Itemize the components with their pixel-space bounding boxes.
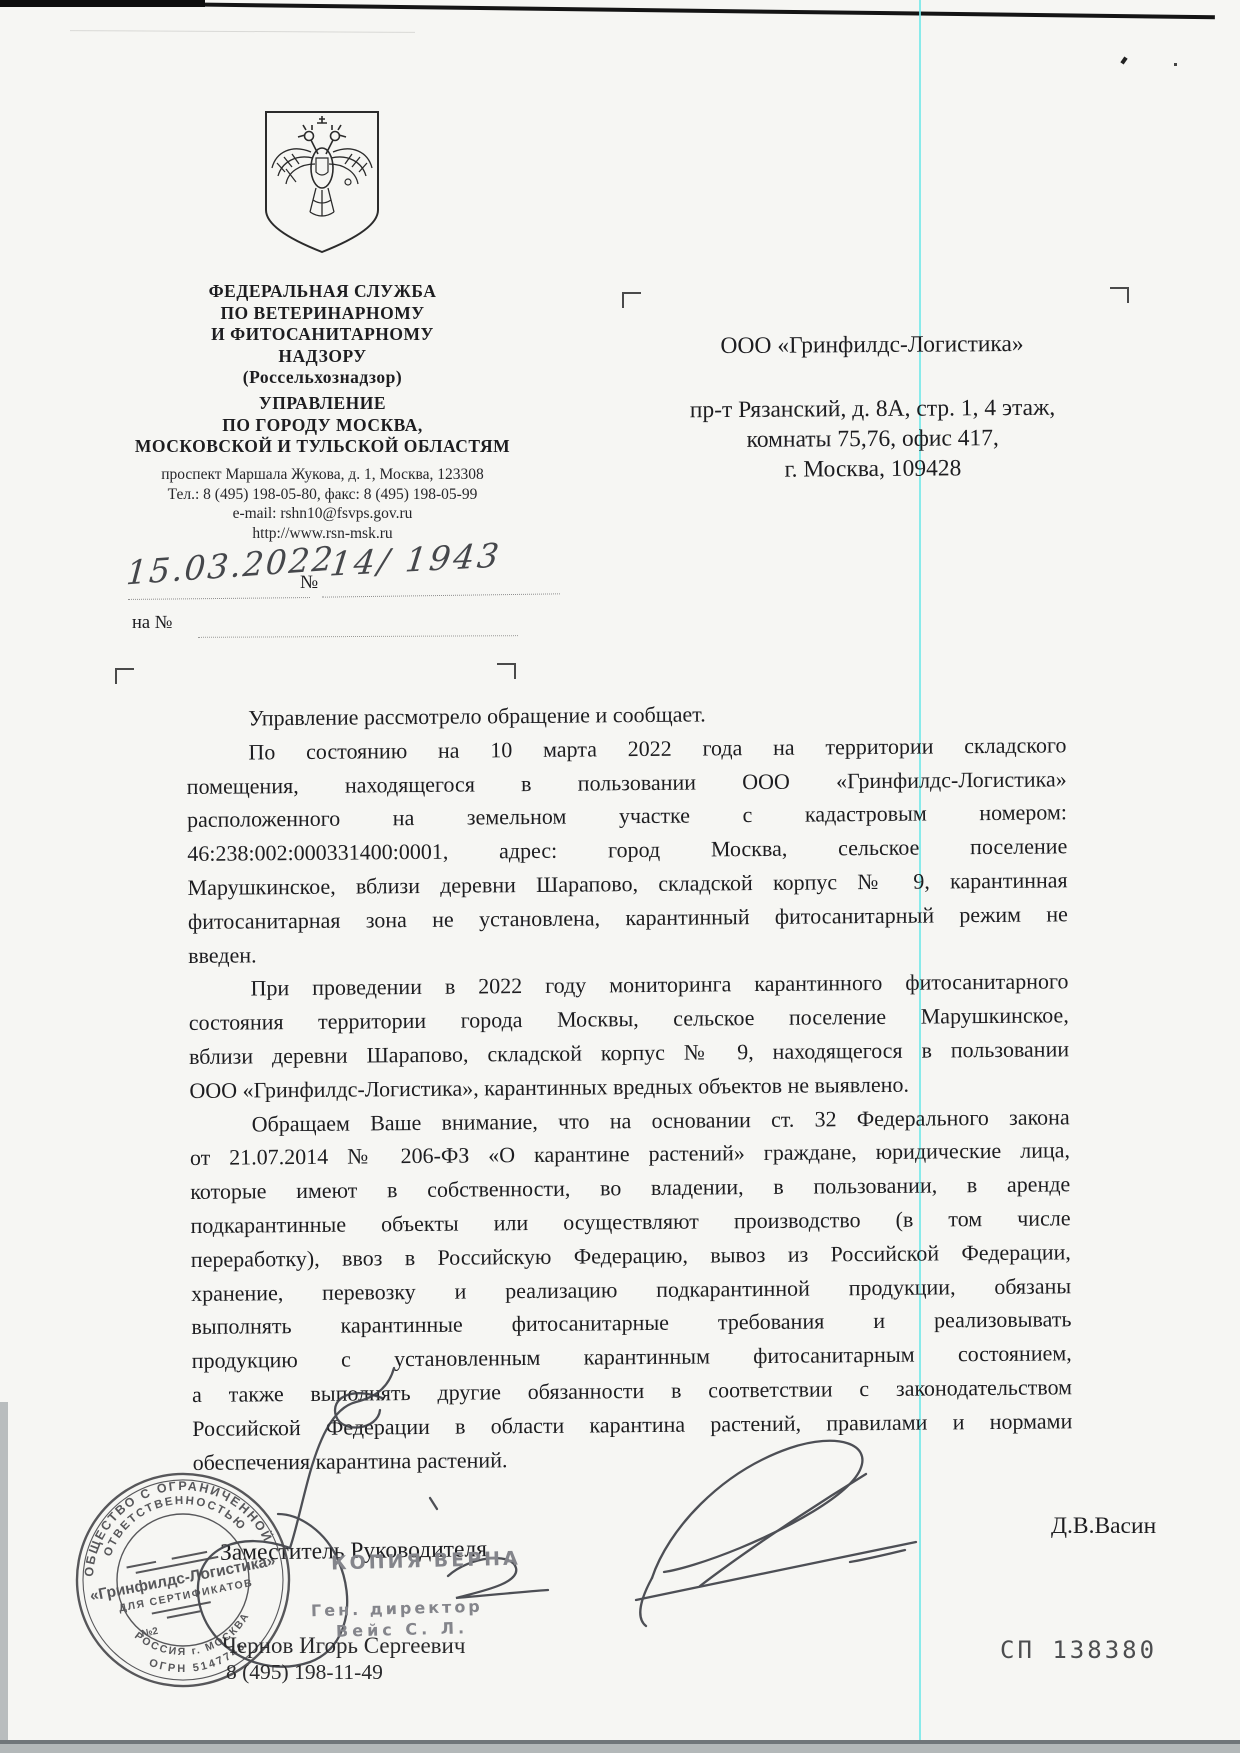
date-dotted-line [128, 597, 310, 600]
copy-true-stamp: КОПИЯ ВЕРНА [331, 1548, 521, 1575]
body-zone-corner-mark [115, 668, 134, 684]
processing-code: СП 138380 [1000, 1636, 1157, 1664]
signature-scribble [700, 1474, 866, 1586]
in-reply-dotted-line [198, 635, 518, 638]
text-line: пр-т Рязанский, д. 8А, стр. 1, 4 этаж, [640, 392, 1105, 425]
body-line: обеспечения карантина растений. [192, 1438, 1072, 1479]
text-line: Тел.: 8 (495) 198-05-80, факс: 8 (495) 1… [95, 485, 550, 505]
issuer-name: ФЕДЕРАЛЬНАЯ СЛУЖБАПО ВЕТЕРИНАРНОМУИ ФИТО… [110, 281, 535, 389]
text-line: ПО ГОРОДУ МОСКВА, [110, 415, 535, 437]
address-zone-corner-mark [1110, 287, 1129, 303]
text-line: г. Москва, 109428 [640, 452, 1105, 485]
handwritten-outgoing-number: 14/ 1943 [328, 535, 504, 583]
issuer-department: УПРАВЛЕНИЕПО ГОРОДУ МОСКВА,МОСКОВСКОЙ И … [110, 393, 535, 458]
text-line: ФЕДЕРАЛЬНАЯ СЛУЖБА [110, 281, 535, 303]
text-line: НАДЗОРУ [110, 346, 535, 368]
pen-tick-mark [430, 1498, 437, 1509]
scan-speck [1174, 63, 1177, 66]
letter-body: Управление рассмотрело обращение и сообщ… [186, 694, 1073, 1479]
signature-scribble [850, 1550, 905, 1562]
text-line: проспект Маршала Жукова, д. 1, Москва, 1… [95, 465, 550, 485]
scan-edge-top-cap [0, 0, 205, 7]
text-line: (Россельхознадзор) [110, 367, 535, 389]
certifier-phone: 8 (495) 198-11-49 [226, 1660, 383, 1685]
number-sign-label: № [300, 572, 318, 594]
issuer-contacts: проспект Маршала Жукова, д. 1, Москва, 1… [95, 465, 550, 543]
scan-edge-left [0, 1402, 8, 1742]
scan-speck [1120, 56, 1127, 64]
text-line: ПО ВЕТЕРИНАРНОМУ [110, 303, 535, 325]
scan-faint-line [70, 30, 415, 33]
body-zone-corner-mark [497, 663, 516, 679]
signature-scribble [636, 1542, 916, 1600]
certifier-name: Чернов Игорь Сергеевич [222, 1633, 465, 1659]
text-line: комнаты 75,76, офис 417, [640, 422, 1105, 455]
signature-scribble [640, 1578, 652, 1626]
recipient-address-block: ООО «Гринфилдс-Логистика»пр-т Рязанский,… [639, 328, 1105, 485]
text-line: ООО «Гринфилдс-Логистика» [639, 328, 1104, 361]
in-reply-to-label: на № [132, 613, 172, 634]
number-dotted-line [322, 593, 560, 597]
signer-name: Д.В.Васин [1051, 1513, 1156, 1540]
text-line: УПРАВЛЕНИЕ [110, 393, 535, 415]
text-line: И ФИТОСАНИТАРНОМУ [110, 324, 535, 346]
gen-director-stamp: Ген. директор [311, 1597, 483, 1620]
text-line: МОСКОВСКОЙ И ТУЛЬСКОЙ ОБЛАСТЯМ [110, 436, 535, 458]
scan-edge-bottom-band [0, 1744, 1240, 1753]
coat-of-arms-emblem [256, 106, 388, 258]
text-line: e-mail: rshn10@fsvps.gov.ru [95, 504, 550, 524]
address-zone-corner-mark [622, 292, 641, 308]
scanned-letter-page: ФЕДЕРАЛЬНАЯ СЛУЖБАПО ВЕТЕРИНАРНОМУИ ФИТО… [0, 0, 1240, 1753]
